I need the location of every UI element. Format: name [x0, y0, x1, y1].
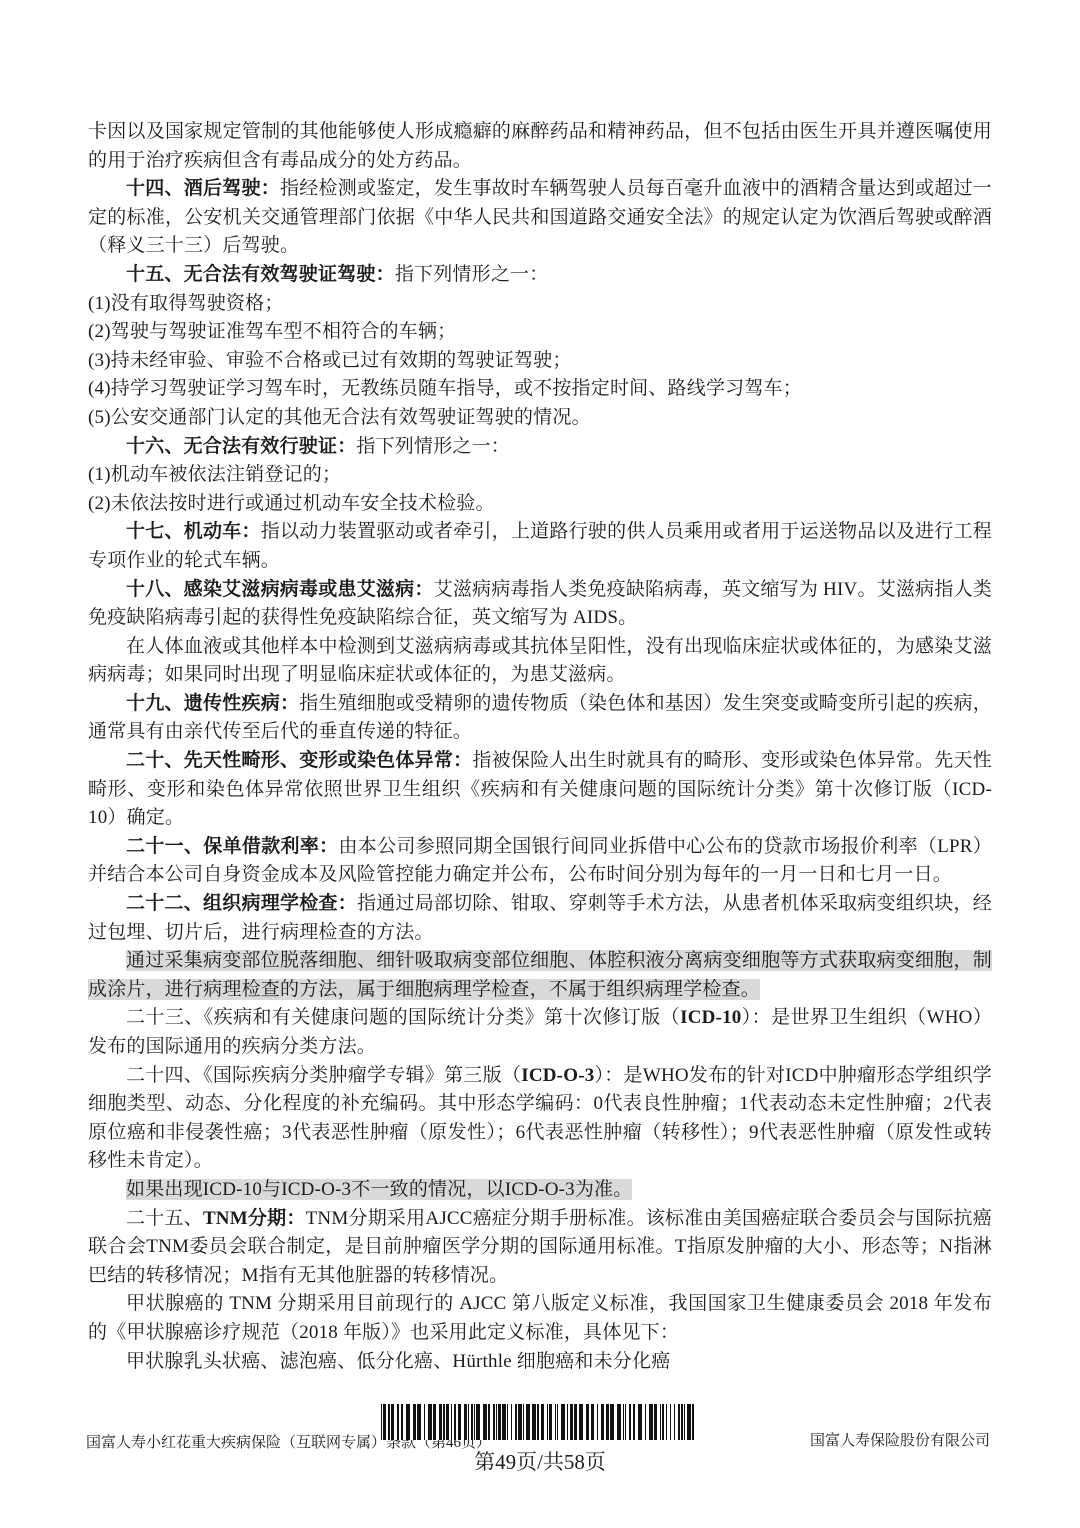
paragraph: 十七、机动车：指以动力装置驱动或者牵引，上道路行驶的供人员乘用或者用于运送物品以… [88, 518, 992, 575]
term-heading: 二十二、组织病理学检查： [126, 893, 357, 914]
paragraph: 在人体血液或其他样本中检测到艾滋病病毒或其抗体呈阳性，没有出现临床症状或体征的，… [88, 633, 992, 690]
term-heading: ICD-10 [680, 1007, 741, 1028]
barcode [381, 1404, 699, 1440]
paragraph: 二十四、《国际疾病分类肿瘤学专辑》第三版（ICD-O-3）：是WHO发布的针对I… [88, 1062, 992, 1176]
paragraph: 二十一、保单借款利率：由本公司参照同期全国银行间同业拆借中心公布的贷款市场报价利… [88, 833, 992, 890]
body-text: 二十三、《疾病和有关健康问题的国际统计分类》第十次修订版（ [126, 1007, 680, 1028]
term-heading: ICD-O-3 [521, 1065, 594, 1086]
term-heading: 十八、感染艾滋病病毒或患艾滋病： [126, 579, 434, 600]
body-text: (1)没有取得驾驶资格； [88, 293, 284, 314]
body-text: (4)持学习驾驶证学习驾车时，无教练员随车指导，或不按指定时间、路线学习驾车； [88, 378, 802, 399]
paragraph: 甲状腺乳头状癌、滤泡癌、低分化癌、Hürthle 细胞癌和未分化癌 [88, 1348, 992, 1377]
term-heading: 十九、遗传性疾病： [126, 693, 299, 714]
term-heading: TNM分期： [203, 1208, 306, 1229]
paragraph: 十九、遗传性疾病：指生殖细胞或受精卵的遗传物质（染色体和基因）发生突变或畸变所引… [88, 690, 992, 747]
paragraph: 甲状腺癌的 TNM 分期采用目前现行的 AJCC 第八版定义标准，我国国家卫生健… [88, 1290, 992, 1347]
body-text: (2)驾驶与驾驶证准驾车型不相符合的车辆； [88, 321, 456, 342]
term-heading: 十五、无合法有效驾驶证驾驶： [126, 264, 395, 285]
term-heading: 二十一、保单借款利率： [126, 836, 338, 857]
body-text: (1)机动车被依法注销登记的； [88, 464, 341, 485]
body-text: 卡因以及国家规定管制的其他能够使人形成瘾癖的麻醉药品和精神药品，但不包括由医生开… [88, 121, 992, 171]
body-text: 指下列情形之一： [356, 436, 510, 457]
body-text: 二十四、《国际疾病分类肿瘤学专辑》第三版（ [126, 1065, 521, 1086]
paragraph: 十八、感染艾滋病病毒或患艾滋病：艾滋病病毒指人类免疫缺陷病毒，英文缩写为 HIV… [88, 576, 992, 633]
body-text: (2)未依法按时进行或通过机动车安全技术检验。 [88, 493, 495, 514]
paragraph: (1)机动车被依法注销登记的； [88, 461, 992, 490]
body-text: 在人体血液或其他样本中检测到艾滋病病毒或其抗体呈阳性，没有出现临床症状或体征的，… [88, 636, 992, 686]
paragraph: 十六、无合法有效行驶证：指下列情形之一： [88, 433, 992, 462]
paragraph: 二十二、组织病理学检查：指通过局部切除、钳取、穿刺等手术方法，从患者机体采取病变… [88, 890, 992, 947]
body-text: (5)公安交通部门认定的其他无合法有效驾驶证驾驶的情况。 [88, 407, 591, 428]
document-page: { "document": { "paragraphs": [ {"indent… [0, 0, 1080, 1528]
paragraph: (5)公安交通部门认定的其他无合法有效驾驶证驾驶的情况。 [88, 404, 992, 433]
term-heading: 十六、无合法有效行驶证： [126, 436, 356, 457]
highlighted-text: 如果出现ICD-10与ICD-O-3不一致的情况，以ICD-O-3为准。 [126, 1179, 632, 1200]
paragraph: 如果出现ICD-10与ICD-O-3不一致的情况，以ICD-O-3为准。 [88, 1176, 992, 1205]
term-heading: 十四、酒后驾驶： [126, 178, 280, 199]
body-text: 指下列情形之一： [395, 264, 549, 285]
paragraph: 卡因以及国家规定管制的其他能够使人形成瘾癖的麻醉药品和精神药品，但不包括由医生开… [88, 118, 992, 175]
paragraph: (2)驾驶与驾驶证准驾车型不相符合的车辆； [88, 318, 992, 347]
document-body: 卡因以及国家规定管制的其他能够使人形成瘾癖的麻醉药品和精神药品，但不包括由医生开… [88, 118, 992, 1376]
term-heading: 二十、先天性畸形、变形或染色体异常： [126, 750, 472, 771]
paragraph: 通过采集病变部位脱落细胞、细针吸取病变部位细胞、体腔积液分离病变细胞等方式获取病… [88, 947, 992, 1004]
highlighted-text: 通过采集病变部位脱落细胞、细针吸取病变部位细胞、体腔积液分离病变细胞等方式获取病… [88, 950, 992, 1000]
body-text: 甲状腺乳头状癌、滤泡癌、低分化癌、Hürthle 细胞癌和未分化癌 [126, 1351, 670, 1372]
paragraph: (4)持学习驾驶证学习驾车时，无教练员随车指导，或不按指定时间、路线学习驾车； [88, 375, 992, 404]
paragraph: 二十五、TNM分期：TNM分期采用AJCC癌症分期手册标准。该标准由美国癌症联合… [88, 1205, 992, 1291]
footer-company-label: 国富人寿保险股份有限公司 [810, 1429, 990, 1450]
body-text: (3)持未经审验、审验不合格或已过有效期的驾驶证驾驶； [88, 350, 572, 371]
paragraph: (2)未依法按时进行或通过机动车安全技术检验。 [88, 490, 992, 519]
paragraph: (1)没有取得驾驶资格； [88, 290, 992, 319]
body-text: 二十五、 [126, 1208, 203, 1229]
paragraph: 二十三、《疾病和有关健康问题的国际统计分类》第十次修订版（ICD-10）：是世界… [88, 1004, 992, 1061]
paragraph: (3)持未经审验、审验不合格或已过有效期的驾驶证驾驶； [88, 347, 992, 376]
paragraph: 十五、无合法有效驾驶证驾驶：指下列情形之一： [88, 261, 992, 290]
paragraph: 十四、酒后驾驶：指经检测或鉴定，发生事故时车辆驾驶人员每百毫升血液中的酒精含量达… [88, 175, 992, 261]
page-number: 第49页/共58页 [0, 1446, 1080, 1476]
paragraph: 二十、先天性畸形、变形或染色体异常：指被保险人出生时就具有的畸形、变形或染色体异… [88, 747, 992, 833]
body-text: 甲状腺癌的 TNM 分期采用目前现行的 AJCC 第八版定义标准，我国国家卫生健… [88, 1293, 992, 1343]
term-heading: 十七、机动车： [126, 521, 261, 542]
